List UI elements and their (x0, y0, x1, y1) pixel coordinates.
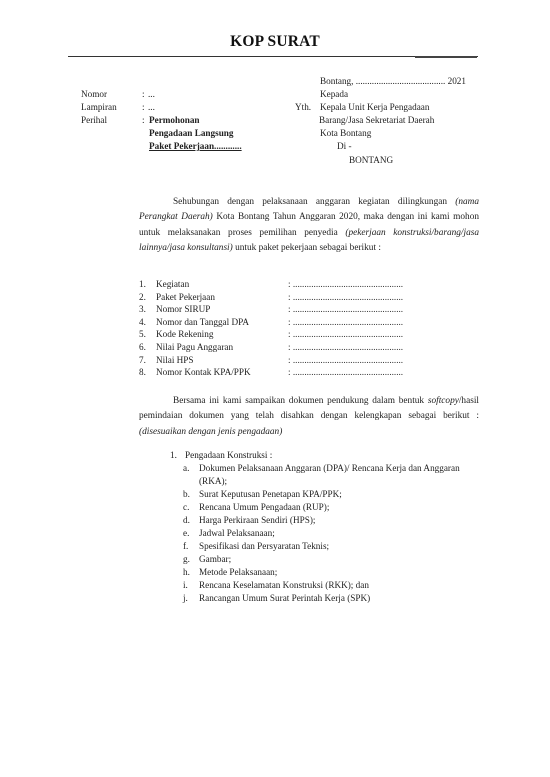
requirement-text: Rencana Umum Pengadaan (RUP); (199, 502, 329, 512)
detail-value-field: : ......................................… (288, 366, 403, 379)
detail-value-field: : ......................................… (288, 354, 403, 367)
requirement-item: j.Rancangan Umum Surat Perintah Kerja (S… (183, 592, 474, 605)
subject-line-1: Pengadaan Langsung (149, 127, 234, 139)
detail-label: Nomor dan Tanggal DPA (156, 316, 249, 329)
city: BONTANG (349, 154, 393, 166)
requirement-letter: f. (183, 540, 188, 553)
detail-label: Kode Rekening (156, 328, 213, 341)
attachment-segment: (disesuaikan dengan jenis pengadaan) (139, 427, 282, 437)
requirement-item: a.Dokumen Pelaksanaan Anggaran (DPA)/ Re… (183, 462, 474, 488)
to-label: Kepada (320, 88, 348, 100)
requirement-letter: d. (183, 514, 190, 527)
requirement-text: Jadwal Pelaksanaan; (199, 528, 275, 538)
detail-number: 8. (139, 366, 146, 379)
requirement-item: h.Metode Pelaksanaan; (183, 566, 474, 579)
attachment-paragraph: Bersama ini kami sampaikan dokumen pendu… (139, 394, 479, 440)
intro-paragraph: Sehubungan dengan pelaksanaan anggaran k… (139, 195, 479, 256)
detail-label: Paket Pekerjaan (156, 291, 215, 304)
requirement-letter: c. (183, 501, 189, 514)
letterhead-divider-accent (415, 56, 477, 58)
recipient-line-2: Barang/Jasa Sekretariat Daerah (319, 114, 434, 126)
requirement-item: e.Jadwal Pelaksanaan; (183, 527, 474, 540)
detail-value-field: : ......................................… (288, 278, 403, 291)
subject-line-2: Paket Pekerjaan............ (149, 140, 242, 152)
detail-number: 4. (139, 316, 146, 329)
detail-label: Nilai HPS (156, 354, 194, 367)
detail-number: 5. (139, 328, 146, 341)
detail-label: Kegiatan (156, 278, 189, 291)
requirement-letter: h. (183, 566, 190, 579)
requirement-letter: i. (183, 579, 188, 592)
detail-number: 1. (139, 278, 146, 291)
requirements-items: a.Dokumen Pelaksanaan Anggaran (DPA)/ Re… (183, 462, 474, 605)
requirement-letter: g. (183, 553, 190, 566)
detail-value-field: : ......................................… (288, 291, 403, 304)
requirements-title: Pengadaan Konstruksi : (185, 450, 272, 460)
requirements-section: 1.Pengadaan Konstruksi : a.Dokumen Pelak… (170, 449, 461, 605)
lampiran-sep: : (142, 101, 145, 113)
detail-value-field: : ......................................… (288, 316, 403, 329)
requirements-heading: 1.Pengadaan Konstruksi : (170, 449, 461, 462)
nomor-label: Nomor (81, 88, 107, 100)
detail-number: 6. (139, 341, 146, 354)
intro-segment: Sehubungan dengan pelaksanaan anggaran k… (173, 197, 455, 207)
honorific: Yth. (295, 101, 311, 113)
detail-number: 7. (139, 354, 146, 367)
requirement-letter: e. (183, 527, 189, 540)
requirement-text: Surat Keputusan Penetapan KPA/PPK; (199, 489, 342, 499)
requirement-text: Rancangan Umum Surat Perintah Kerja (SPK… (199, 593, 370, 603)
recipient-line-1: Kepala Unit Kerja Pengadaan (320, 101, 429, 113)
recipient-line-3: Kota Bontang (320, 127, 371, 139)
detail-label: Nomor SIRUP (156, 303, 210, 316)
requirement-text: Metode Pelaksanaan; (199, 567, 277, 577)
attachment-segment: softcopy (428, 396, 459, 406)
letter-page: KOP SURAT Bontang, .....................… (0, 0, 550, 777)
requirement-item: i.Rencana Keselamatan Konstruksi (RKK); … (183, 579, 474, 592)
requirement-item: f.Spesifikasi dan Persyaratan Teknis; (183, 540, 474, 553)
detail-value-field: : ......................................… (288, 328, 403, 341)
detail-number: 3. (139, 303, 146, 316)
requirement-text: Dokumen Pelaksanaan Anggaran (DPA)/ Renc… (199, 463, 460, 486)
lampiran-label: Lampiran (81, 101, 117, 113)
requirement-item: d.Harga Perkiraan Sendiri (HPS); (183, 514, 474, 527)
perihal-label: Perihal (81, 114, 107, 126)
di-label: Di - (337, 140, 352, 152)
requirement-text: Spesifikasi dan Persyaratan Teknis; (199, 541, 329, 551)
attachment-segment: Bersama ini kami sampaikan dokumen pendu… (173, 396, 428, 406)
requirement-item: b.Surat Keputusan Penetapan KPA/PPK; (183, 488, 474, 501)
detail-number: 2. (139, 291, 146, 304)
requirement-letter: a. (183, 462, 189, 475)
requirements-number: 1. (170, 449, 185, 462)
intro-segment: untuk paket pekerjaan sebagai berikut : (233, 243, 381, 253)
nomor-sep: : (142, 88, 145, 100)
detail-value-field: : ......................................… (288, 303, 403, 316)
letterhead-title: KOP SURAT (0, 33, 550, 51)
requirement-letter: b. (183, 488, 190, 501)
detail-value-field: : ......................................… (288, 341, 403, 354)
detail-label: Nomor Kontak KPA/PPK (156, 366, 251, 379)
perihal-value: Permohonan (149, 114, 200, 126)
detail-label: Nilai Pagu Anggaran (156, 341, 233, 354)
lampiran-value: ... (148, 101, 155, 113)
nomor-value: ... (148, 88, 155, 100)
place-date: Bontang, ...............................… (320, 75, 466, 87)
requirement-item: g.Gambar; (183, 553, 474, 566)
requirement-text: Harga Perkiraan Sendiri (HPS); (199, 515, 315, 525)
requirement-text: Gambar; (199, 554, 231, 564)
requirement-item: c.Rencana Umum Pengadaan (RUP); (183, 501, 474, 514)
perihal-sep: : (142, 114, 145, 126)
requirement-letter: j. (183, 592, 188, 605)
requirement-text: Rencana Keselamatan Konstruksi (RKK); da… (199, 580, 369, 590)
